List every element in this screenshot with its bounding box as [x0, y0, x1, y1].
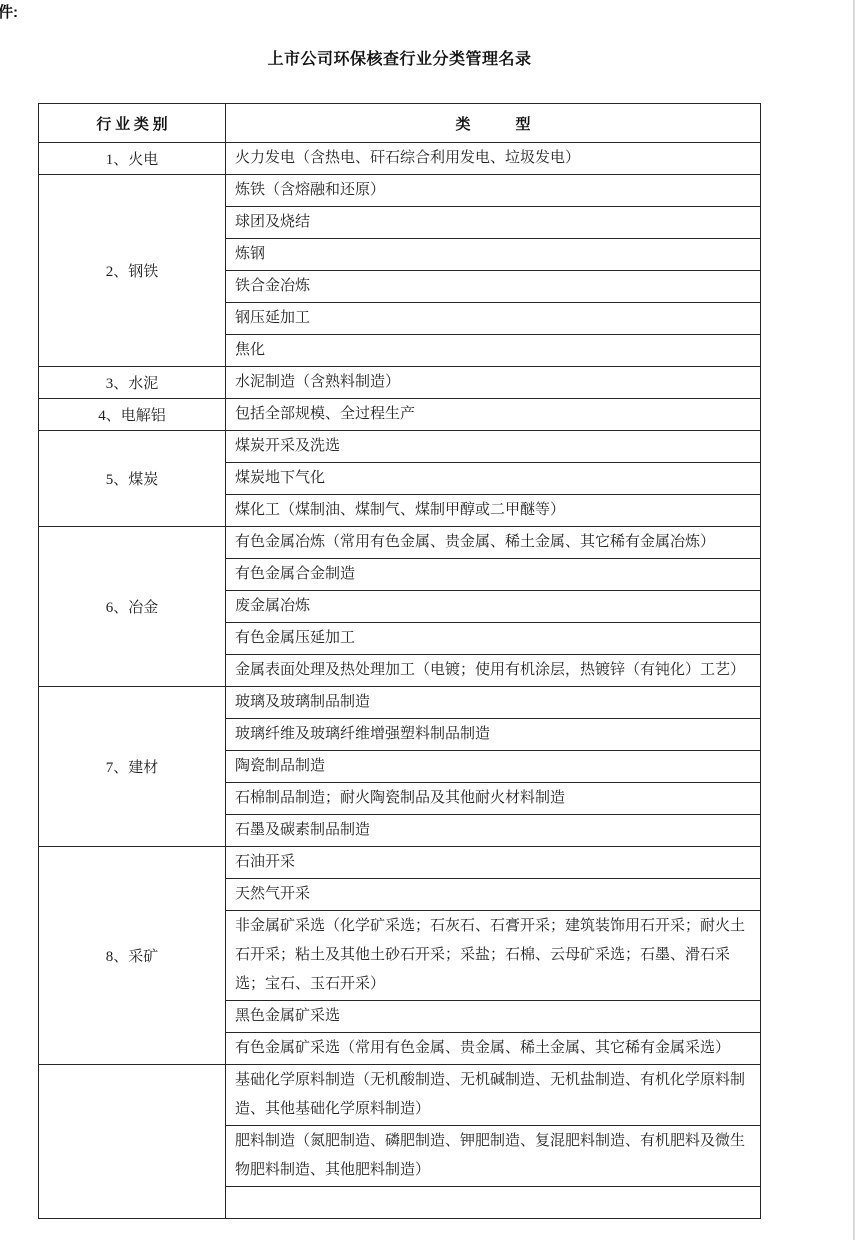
type-cell: 炼钢 — [226, 239, 761, 271]
type-cell: 非金属矿采选（化学矿采选；石灰石、石膏开采；建筑装饰用石开采；耐火土石开采；粘土… — [226, 911, 761, 1001]
type-cell: 炼铁（含熔融和还原） — [226, 175, 761, 207]
category-cell: 2、钢铁 — [39, 175, 226, 367]
type-cell: 球团及烧结 — [226, 207, 761, 239]
type-cell: 玻璃纤维及玻璃纤维增强塑料制品制造 — [226, 719, 761, 751]
table-row: 5、煤炭煤炭开采及洗选 — [39, 431, 761, 463]
table-row: 4、电解铝包括全部规模、全过程生产 — [39, 399, 761, 431]
table-row: 1、火电火力发电（含热电、矸石综合利用发电、垃圾发电） — [39, 143, 761, 175]
type-cell: 基础化学原料制造（无机酸制造、无机碱制造、无机盐制造、有机化学原料制造、其他基础… — [226, 1065, 761, 1126]
table-header-row: 行 业 类 别 类 型 — [39, 104, 761, 143]
type-cell: 焦化 — [226, 335, 761, 367]
category-cell: 7、建材 — [39, 687, 226, 847]
table-row: 基础化学原料制造（无机酸制造、无机碱制造、无机盐制造、有机化学原料制造、其他基础… — [39, 1065, 761, 1126]
type-cell: 天然气开采 — [226, 879, 761, 911]
category-cell: 1、火电 — [39, 143, 226, 175]
type-cell: 铁合金冶炼 — [226, 271, 761, 303]
category-cell: 3、水泥 — [39, 367, 226, 399]
type-cell: 石油开采 — [226, 847, 761, 879]
table-body: 1、火电火力发电（含热电、矸石综合利用发电、垃圾发电）2、钢铁炼铁（含熔融和还原… — [39, 143, 761, 1219]
type-cell: 废金属冶炼 — [226, 591, 761, 623]
document-body: 上市公司环保核查行业分类管理名录 行 业 类 别 类 型 1、火电火力发电（含热… — [38, 0, 761, 1219]
category-cell: 5、煤炭 — [39, 431, 226, 527]
table-row: 3、水泥水泥制造（含熟料制造） — [39, 367, 761, 399]
table-row: 2、钢铁炼铁（含熔融和还原） — [39, 175, 761, 207]
table-row: 7、建材玻璃及玻璃制品制造 — [39, 687, 761, 719]
type-cell: 有色金属合金制造 — [226, 559, 761, 591]
column-header-industry-category: 行 业 类 别 — [39, 104, 226, 143]
category-cell: 4、电解铝 — [39, 399, 226, 431]
type-cell: 水泥制造（含熟料制造） — [226, 367, 761, 399]
type-cell: 煤化工（煤制油、煤制气、煤制甲醇或二甲醚等） — [226, 495, 761, 527]
type-cell: 有色金属冶炼（常用有色金属、贵金属、稀土金属、其它稀有金属冶炼） — [226, 527, 761, 559]
type-cell: 火力发电（含热电、矸石综合利用发电、垃圾发电） — [226, 143, 761, 175]
type-cell: 肥料制造（氮肥制造、磷肥制造、钾肥制造、复混肥料制造、有机肥料及微生物肥料制造、… — [226, 1126, 761, 1187]
type-cell: 有色金属矿采选（常用有色金属、贵金属、稀土金属、其它稀有金属采选） — [226, 1033, 761, 1065]
type-cell: 玻璃及玻璃制品制造 — [226, 687, 761, 719]
type-cell: 包括全部规模、全过程生产 — [226, 399, 761, 431]
type-cell: 金属表面处理及热处理加工（电镀；使用有机涂层，热镀锌（有钝化）工艺） — [226, 655, 761, 687]
attachment-label: 件: — [0, 1, 18, 22]
page-title: 上市公司环保核查行业分类管理名录 — [38, 46, 761, 69]
type-cell: 煤炭开采及洗选 — [226, 431, 761, 463]
type-cell: 黑色金属矿采选 — [226, 1001, 761, 1033]
table-row: 6、冶金有色金属冶炼（常用有色金属、贵金属、稀土金属、其它稀有金属冶炼） — [39, 527, 761, 559]
category-cell: 8、采矿 — [39, 847, 226, 1065]
table-row: 8、采矿石油开采 — [39, 847, 761, 879]
type-cell: 石墨及碳素制品制造 — [226, 815, 761, 847]
type-cell: 煤炭地下气化 — [226, 463, 761, 495]
type-cell: 陶瓷制品制造 — [226, 751, 761, 783]
industry-classification-table: 行 业 类 别 类 型 1、火电火力发电（含热电、矸石综合利用发电、垃圾发电）2… — [38, 103, 761, 1219]
type-cell — [226, 1187, 761, 1219]
type-cell: 有色金属压延加工 — [226, 623, 761, 655]
type-cell: 石棉制品制造；耐火陶瓷制品及其他耐火材料制造 — [226, 783, 761, 815]
column-header-type: 类 型 — [226, 104, 761, 143]
type-cell: 钢压延加工 — [226, 303, 761, 335]
category-cell — [39, 1065, 226, 1219]
category-cell: 6、冶金 — [39, 527, 226, 687]
